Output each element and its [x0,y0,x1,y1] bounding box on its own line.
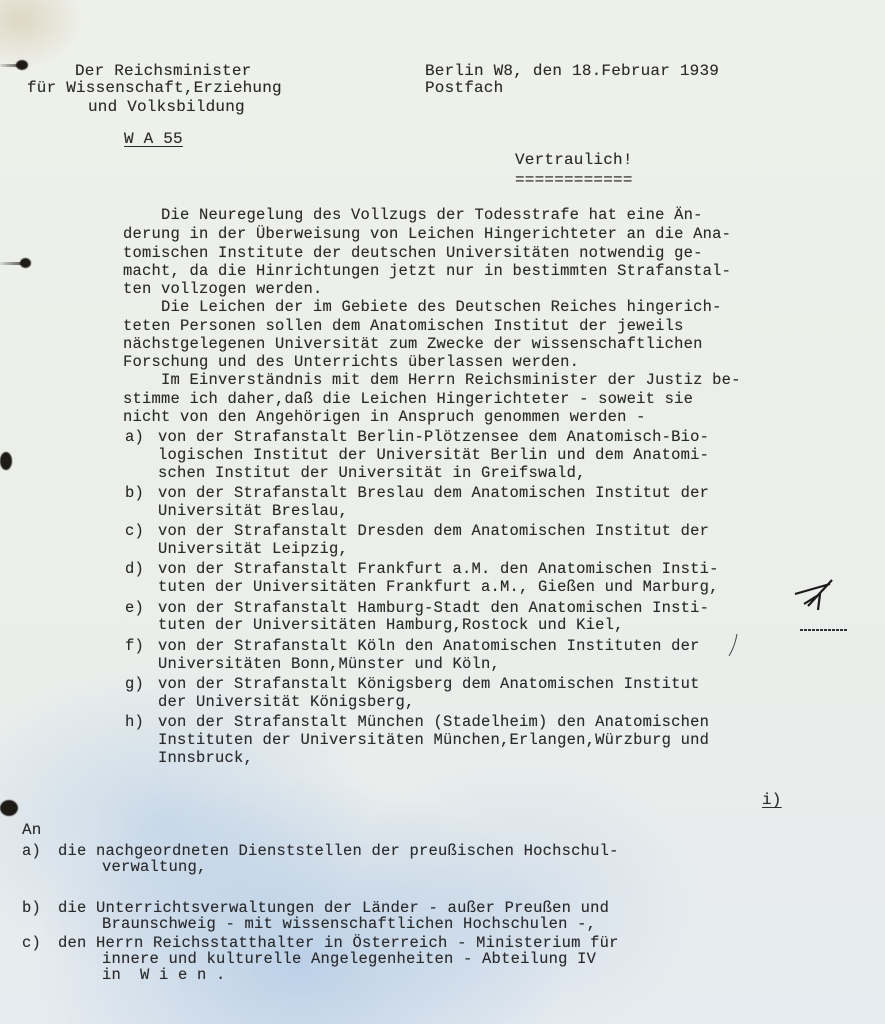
body-line: teten Personen sollen dem Anatomischen I… [123,318,684,334]
body-line: Die Leichen der im Gebiete des Deutschen… [123,299,722,315]
body-line: stimme ich daher,daß die Leichen Hingeri… [123,391,693,407]
list-item-marker: d) [125,561,144,577]
recipient-marker: a) [22,843,41,859]
list-item-line: logischen Institut der Universität Berli… [158,447,709,463]
body-line: ten vollzogen werden. [123,281,323,297]
recipients-heading: An [22,822,42,838]
recipient-marker: c) [22,935,41,951]
letterhead-line-1: Der Reichsminister [75,63,251,79]
list-item-line: von der Strafanstalt Breslau dem Anatomi… [158,485,709,501]
list-item-line: von der Strafanstalt Köln den Anatomisch… [158,638,700,654]
list-item-line: von der Strafanstalt Königsberg dem Anat… [158,676,700,692]
postfach: Postfach [425,80,503,96]
list-item-line: Innsbruck, [158,750,253,766]
list-item-marker: a) [125,429,144,445]
body-line: derung in der Überweisung von Leichen Hi… [123,226,731,242]
recipient-line: innere und kulturelle Angelegenheiten - … [102,951,596,967]
body-line: Im Einverständnis mit dem Herrn Reichsmi… [123,372,741,388]
classification-label: Vertraulich! [515,152,633,168]
list-item-line: Universität Breslau, [158,503,348,519]
punch-hole-mark [20,258,31,268]
list-item-line: von der Strafanstalt Berlin-Plötzensee d… [158,429,709,445]
list-item-marker: f) [125,638,144,654]
punch-hole-mark [0,452,12,470]
recipient-line: die nachgeordneten Dienststellen der pre… [58,843,619,859]
letterhead-line-3: und Volksbildung [88,99,245,115]
letterhead-line-2: für Wissenschaft,Erziehung [27,80,282,96]
list-item-line: tuten der Universitäten Frankfurt a.M., … [158,579,719,595]
list-item-marker: c) [125,523,144,539]
list-item-line: von der Strafanstalt München (Stadelheim… [158,714,709,730]
list-item-line: Universität Leipzig, [158,541,348,557]
body-line: nicht von den Angehörigen in Anspruch ge… [123,409,646,425]
place-date: Berlin W8, den 18.Februar 1939 [425,63,719,79]
continuation-marker: i) [762,792,782,808]
body-line: nächstgelegenen Universität zum Zwecke d… [123,336,703,352]
list-item-line: der Universität Königsberg, [158,694,415,710]
recipient-line: in W i e n . [102,967,226,983]
body-line: tomischen Institute der deutschen Univer… [123,245,703,261]
list-item-line: von der Strafanstalt Hamburg-Stadt den A… [158,600,709,616]
recipient-line: den Herrn Reichsstatthalter in Österreic… [58,935,619,951]
reference-number: W A 55 [124,131,183,147]
recipient-line: verwaltung, [102,859,207,875]
list-item-marker: b) [125,485,144,501]
handwritten-correction-mark [790,574,850,664]
list-item-line: von der Strafanstalt Dresden dem Anatomi… [158,523,709,539]
list-item-line: schen Institut der Universität in Greifs… [158,465,586,481]
body-line: Forschung und des Unterrichts überlassen… [123,354,579,370]
list-item-marker: e) [125,600,144,616]
list-item-line: Universitäten Bonn,Münster und Köln, [158,656,500,672]
list-item-marker: g) [125,676,144,692]
body-line: macht, da die Hinrichtungen jetzt nur in… [123,263,731,279]
list-item-line: tuten der Universitäten Hamburg,Rostock … [158,617,624,633]
recipient-line: die Unterrichtsverwaltungen der Länder -… [58,900,609,916]
body-line: Die Neuregelung des Vollzugs der Todesst… [123,207,703,223]
recipient-marker: b) [22,900,41,916]
classification-underline: ============ [515,172,633,188]
punch-hole-mark [0,800,18,816]
list-item-line: von der Strafanstalt Frankfurt a.M. den … [158,561,719,577]
recipient-line: Braunschweig - mit wissenschaftlichen Ho… [102,916,596,932]
punch-hole-mark [16,60,28,70]
list-item-line: Instituten der Universitäten München,Erl… [158,732,709,748]
document-page: Der Reichsminister für Wissenschaft,Erzi… [0,0,885,1024]
pen-stroke-mark [725,632,755,662]
list-item-marker: h) [125,714,144,730]
